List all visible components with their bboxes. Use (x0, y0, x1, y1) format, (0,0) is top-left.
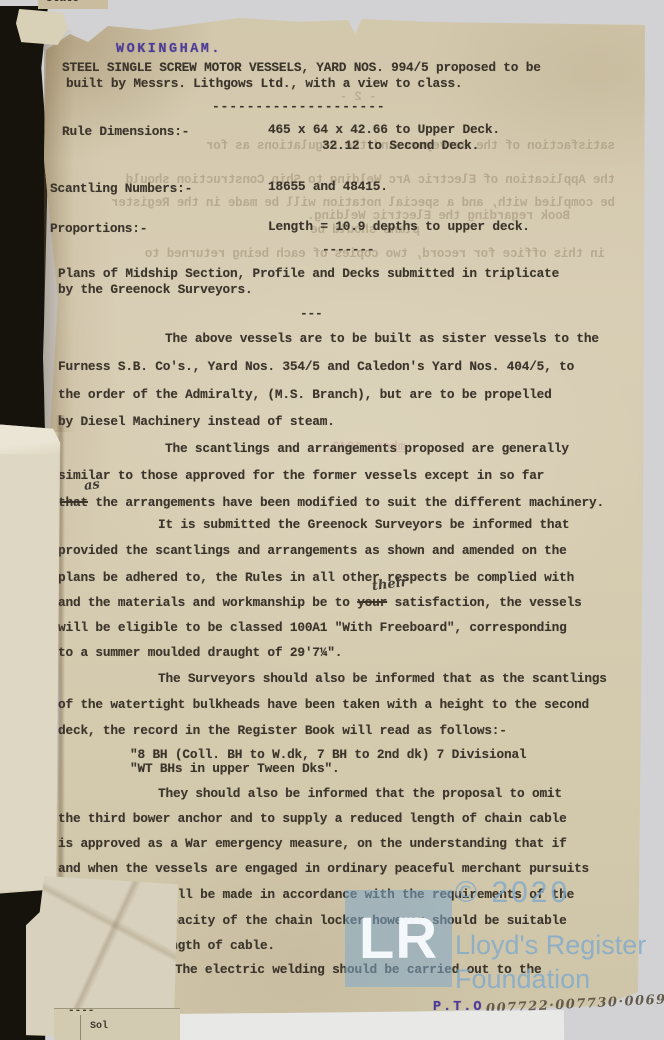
body-line: that the arrangements have been modified… (58, 495, 604, 510)
scantling-numbers-value: 18655 and 48415. (268, 179, 388, 194)
body-line: by Diesel Machinery instead of steam. (58, 414, 335, 429)
separator-dashes: ------- (322, 242, 374, 257)
separator-dashes: -------------------- (212, 99, 386, 114)
body-line-text: the arrangements have been modified to s… (88, 495, 604, 510)
body-line: will be eligible to be classed 100A1 "Wi… (58, 620, 567, 635)
proportions-value: Length = 10.9 depths to upper deck. (268, 219, 530, 234)
rule-dimensions-label: Rule Dimensions:- (62, 124, 189, 139)
body-line: The electric welding should be carried o… (175, 962, 542, 977)
rule-dimensions-value-2: 32.12 to Second Deck. (322, 138, 479, 153)
paper-scrap-top: State (38, 0, 108, 9)
scanned-document-page: - 2 - satisfaction of the Surveyors and … (0, 0, 664, 1040)
proportions-label: Proportions:- (50, 221, 147, 236)
title-line-1: STEEL SINGLE SCREW MOTOR VESSELS, YARD N… (62, 60, 541, 75)
scantling-numbers-label: Scantling Numbers:- (50, 181, 192, 196)
body-line: plans be adhered to, the Rules in all ot… (58, 570, 574, 585)
body-line: the third bower anchor and to supply a r… (58, 811, 567, 826)
body-line: provided the scantlings and arrangements… (58, 543, 567, 558)
body-line: the order of the Admiralty, (M.S. Branch… (58, 387, 552, 402)
bleedthrough-line: be complied with, and a special notation… (60, 196, 615, 210)
body-line: and when the vessels are engaged in ordi… (58, 861, 589, 876)
body-line: Furness S.B. Co's., Yard Nos. 354/5 and … (58, 359, 574, 374)
paper-scrap-left (0, 424, 66, 894)
rule-dimensions-value-1: 465 x 64 x 42.66 to Upper Deck. (268, 122, 500, 137)
scrap-text-sol: Sol (90, 1021, 108, 1032)
body-line: The above vessels are to be built as sis… (165, 331, 599, 346)
body-line: to a summer moulded draught of 29'7¼". (58, 645, 342, 660)
body-line: They should also be informed that the pr… (158, 786, 562, 801)
body-line-text: and the materials and workmanship be to (58, 595, 357, 610)
body-line: deck, the record in the Register Book wi… (58, 723, 507, 738)
body-line: is approved as a War emergency measure, … (58, 836, 567, 851)
handwritten-correction-as: as (83, 477, 100, 494)
body-line: It is submitted the Greenock Surveyors b… (158, 517, 569, 532)
struck-word: your (357, 595, 387, 610)
title-line-2: built by Messrs. Lithgows Ltd., with a v… (66, 76, 462, 91)
body-line: The scantlings and arrangements proposed… (165, 441, 569, 456)
paper-scrap-top-left (16, 9, 68, 45)
body-line-text: satisfaction, the vessels (387, 595, 581, 610)
body-line: and the materials and workmanship be to … (58, 595, 582, 610)
plans-note-line-1: Plans of Midship Section, Profile and De… (58, 266, 559, 281)
body-line: The Surveyors should also be informed th… (158, 671, 607, 686)
body-line: similar to those approved for the former… (58, 468, 544, 483)
paper-scrap-sol: ---- Sol (54, 1008, 180, 1040)
separator-dashes: --- (300, 306, 322, 321)
register-quote-line-1: "8 BH (Coll. BH to W.dk, 7 BH to 2nd dk)… (130, 747, 526, 762)
body-line: of the watertight bulkheads have been ta… (58, 697, 589, 712)
paper-scrap-bottom (172, 1010, 564, 1040)
plans-note-line-2: by the Greenock Surveyors. (58, 282, 252, 297)
struck-word: that (58, 495, 88, 510)
scrap-text-state: State (46, 0, 79, 5)
scrap-dashes: ---- (68, 1005, 94, 1017)
scrap-rule-line (80, 1015, 81, 1040)
location-stamp: WOKINGHAM. (116, 42, 222, 57)
register-quote-line-2: "WT BHs in upper Tween Dks". (130, 761, 339, 776)
